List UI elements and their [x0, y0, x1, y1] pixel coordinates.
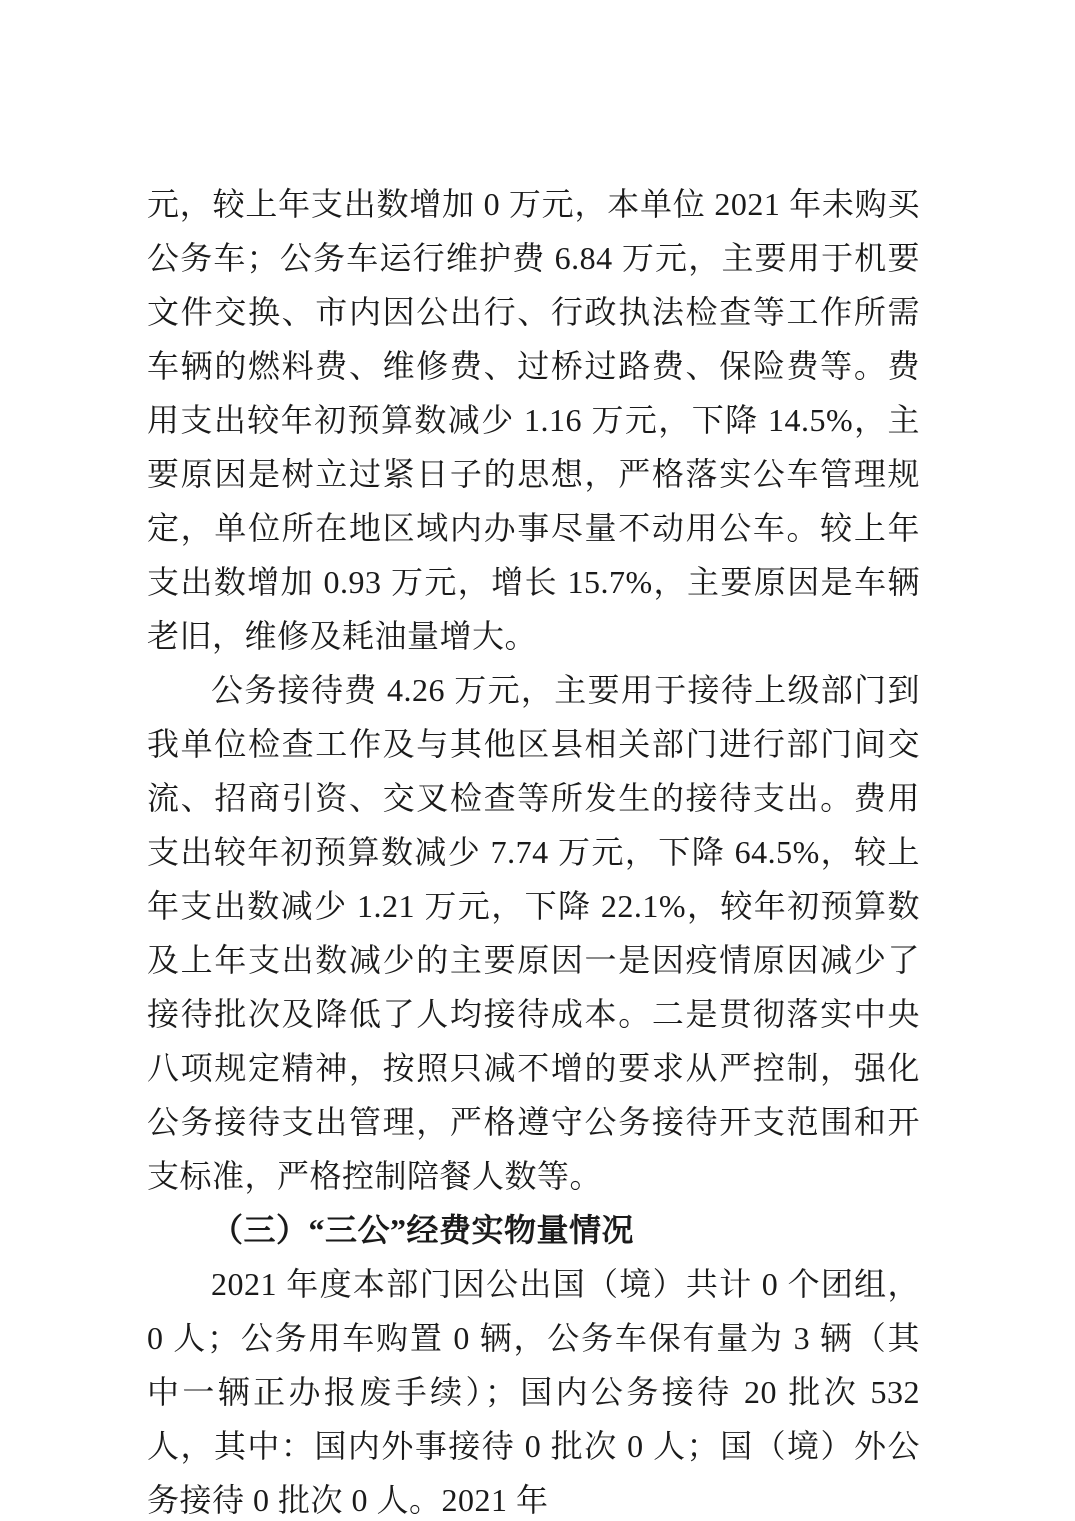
document-page: 元，较上年支出数增加 0 万元，本单位 2021 年未购买公务车；公务车运行维护…: [0, 0, 1075, 1521]
paragraph-official-vehicle-expense: 元，较上年支出数增加 0 万元，本单位 2021 年未购买公务车；公务车运行维护…: [147, 177, 920, 663]
heading-three-public-expense-physical-quantity: （三）“三公”经费实物量情况: [147, 1203, 920, 1257]
paragraph-physical-quantity-details: 2021 年度本部门因公出国（境）共计 0 个团组，0 人；公务用车购置 0 辆…: [147, 1257, 920, 1521]
document-text-body: 元，较上年支出数增加 0 万元，本单位 2021 年未购买公务车；公务车运行维护…: [147, 177, 920, 1521]
paragraph-official-reception-expense: 公务接待费 4.26 万元，主要用于接待上级部门到我单位检查工作及与其他区县相关…: [147, 663, 920, 1203]
